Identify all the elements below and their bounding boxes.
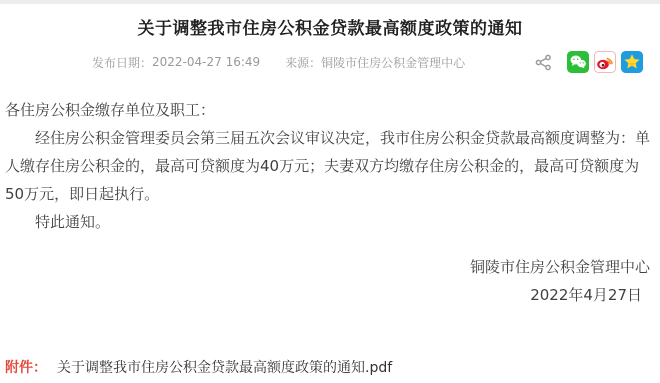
share-bar (535, 51, 643, 73)
attachment-row: 附件： 关于调整我市住房公积金贷款最高额度政策的通知.pdf (0, 357, 660, 377)
body-paragraph-main: 经住房公积金管理委员会第三届五次会议审议决定，我市住房公积金贷款最高额度调整为：… (5, 124, 655, 208)
publish-date-value: 2022-04-27 16:49 (152, 55, 260, 69)
article-meta-row: 发布日期：2022-04-27 16:49 来源：铜陵市住房公积金管理中心 (0, 50, 660, 74)
weibo-icon[interactable] (594, 51, 616, 73)
page-title: 关于调整我市住房公积金贷款最高额度政策的通知 (0, 14, 660, 39)
attachment-label: 附件： (5, 357, 47, 377)
source-label: 来源： (285, 54, 321, 71)
body-paragraph-salutation: 各住房公积金缴存单位及职工： (5, 96, 655, 124)
top-divider-strip (0, 0, 660, 4)
signature-date: 2022年4月27日 (0, 281, 650, 309)
article-body: 各住房公积金缴存单位及职工： 经住房公积金管理委员会第三届五次会议审议决定，我市… (0, 96, 660, 236)
signature-block: 铜陵市住房公积金管理中心 2022年4月27日 (0, 253, 660, 309)
wechat-icon[interactable] (567, 51, 589, 73)
source-value: 铜陵市住房公积金管理中心 (321, 54, 465, 71)
attachment-pdf-link[interactable]: 关于调整我市住房公积金贷款最高额度政策的通知.pdf (57, 357, 392, 377)
signature-org: 铜陵市住房公积金管理中心 (0, 253, 650, 281)
body-paragraph-closing: 特此通知。 (5, 208, 655, 236)
qzone-icon[interactable] (621, 51, 643, 73)
article-meta: 发布日期：2022-04-27 16:49 来源：铜陵市住房公积金管理中心 (92, 54, 465, 71)
publish-date-label: 发布日期： (92, 54, 152, 71)
share-icon[interactable] (535, 54, 552, 71)
